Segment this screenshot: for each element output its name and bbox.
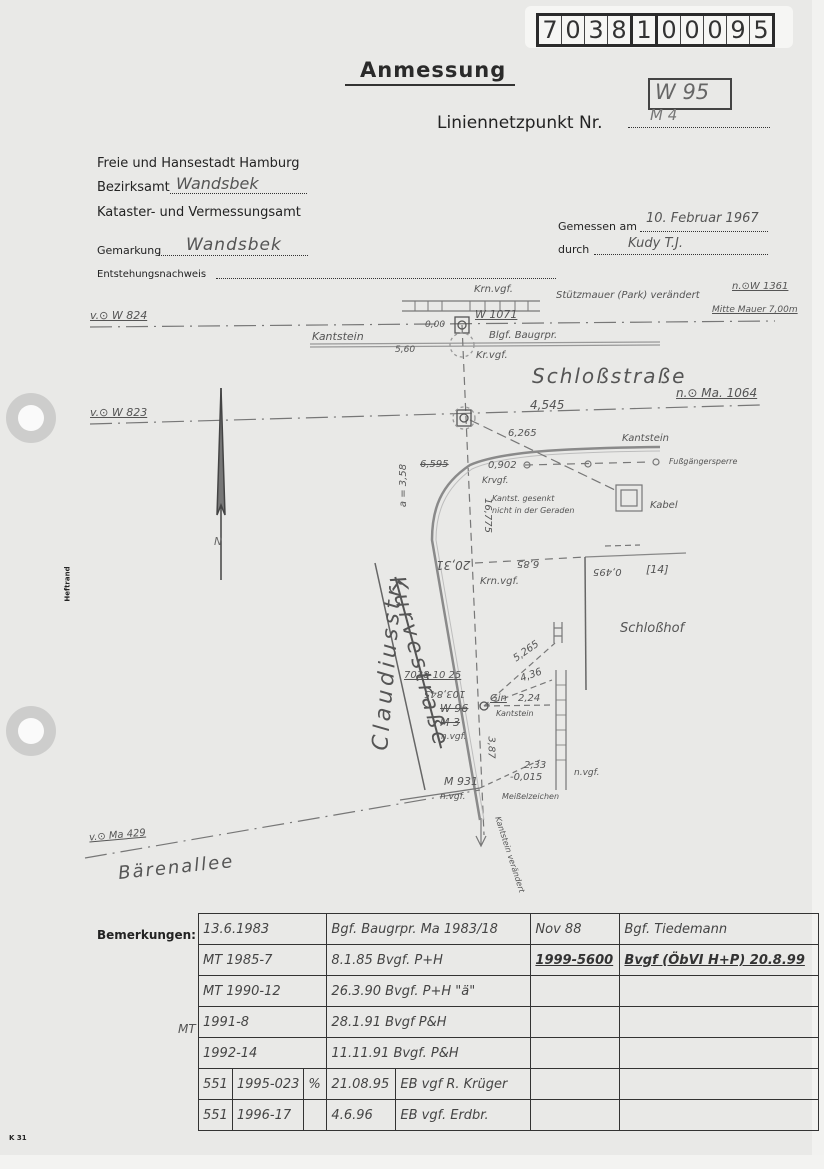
table-row: 1992-14 11.11.91 Bvgf. P&H — [199, 1038, 819, 1069]
cell: Bvgf (ÖbVI H+P) 20.8.99 — [620, 945, 819, 976]
label-w1071: W 1071 — [475, 308, 517, 321]
label-0-015: -0,015 — [510, 772, 542, 783]
cell: 26.3.90 Bvgf. P+H "ä" — [327, 976, 531, 1007]
label-16-775: 16,775 — [482, 498, 493, 533]
label-v-w823: v.⊙ W 823 — [90, 406, 147, 419]
cell: 28.1.91 Bvgf P&H — [327, 1007, 531, 1038]
label-ref-7038: 7038 10 25 — [404, 670, 461, 681]
label-krvgf-3: Krvgf. — [482, 476, 509, 486]
label-v-w824: v.⊙ W 824 — [90, 309, 147, 322]
heftrand-label: Heftrand — [64, 566, 72, 601]
label-a-3-58: a = 3,58 — [398, 464, 409, 507]
label-6-595: 6,595 — [420, 459, 449, 470]
label-kantstein-3: Kantstein — [496, 709, 534, 718]
cell: 551 — [199, 1100, 233, 1131]
label-n-vgf-2: n.vgf. — [574, 768, 599, 778]
label-kr-vgf-2: Kr.vgf. — [476, 350, 508, 361]
label-0-495: 0,495 — [593, 566, 622, 577]
cell: 13.6.1983 — [199, 914, 327, 945]
cell — [620, 1069, 819, 1100]
label-nicht-geraden: nicht in der Geraden — [492, 506, 575, 515]
cell: EB vgf R. Krüger — [396, 1069, 531, 1100]
north-label: N — [214, 535, 222, 548]
label-kantstein-1: Kantstein — [312, 330, 364, 343]
label-w96: W 96 — [440, 702, 468, 715]
label-mitte-mauer: Mitte Mauer 7,00m — [712, 305, 798, 315]
cell: 4.6.96 — [327, 1100, 396, 1131]
cell — [620, 1038, 819, 1069]
cell: 1996-17 — [232, 1100, 304, 1131]
cell — [620, 1007, 819, 1038]
table-row: MT 1985-7 8.1.85 Bvgf. P+H 1999-5600 Bvg… — [199, 945, 819, 976]
table-row: 1991-8 28.1.91 Bvgf P&H — [199, 1007, 819, 1038]
cell — [304, 1100, 327, 1131]
label-blgf: Blgf. Baugrpr. — [489, 330, 557, 341]
cell — [531, 1038, 620, 1069]
label-n-ma1064: n.⊙ Ma. 1064 — [676, 386, 757, 400]
label-6-265: 6,265 — [508, 428, 537, 439]
label-n-w1361: n.⊙W 1361 — [732, 281, 788, 292]
cell: 21.08.95 — [327, 1069, 396, 1100]
cell: Bgf. Baugrpr. Ma 1983/18 — [327, 914, 531, 945]
remarks-table: 13.6.1983 Bgf. Baugrpr. Ma 1983/18 Nov 8… — [198, 913, 819, 1131]
table-row: 551 1995-023 % 21.08.95 EB vgf R. Krüger — [199, 1069, 819, 1100]
label-m931: M 931 — [444, 775, 478, 788]
label-gin: Gin — [490, 693, 507, 704]
cell: 1999-5600 — [531, 945, 620, 976]
label-20-31: 20,31 — [436, 558, 470, 572]
label-3-87: 3,87 — [486, 736, 497, 758]
label-meisselzeichen: Meißelzeichen — [502, 792, 559, 801]
label-n-vgf-1: n.vgf. — [441, 732, 466, 742]
cell — [531, 976, 620, 1007]
label-2-33: 2,33 — [524, 760, 546, 771]
cell: Nov 88 — [531, 914, 620, 945]
label-fussgaengersperre: Fußgängersperre — [669, 457, 737, 466]
label-5-60: 5,60 — [395, 345, 415, 355]
remarks-label: Bemerkungen: — [97, 928, 196, 942]
table-row: 551 1996-17 4.6.96 EB vgf. Erdbr. — [199, 1100, 819, 1131]
table-row: MT 1990-12 26.3.90 Bvgf. P+H "ä" — [199, 976, 819, 1007]
street-schlosshof: Schloßhof — [620, 621, 684, 636]
label-parcel-14: [14] — [646, 563, 669, 576]
label-kantstein-2: Kantstein — [622, 433, 669, 444]
cell — [531, 1007, 620, 1038]
cell: Bgf. Tiedemann — [620, 914, 819, 945]
cell: 1992-14 — [199, 1038, 327, 1069]
cell: 1991-8 — [199, 1007, 327, 1038]
cell — [620, 1100, 819, 1131]
label-6-85: 6,85 — [517, 558, 539, 569]
label-stuetzmauer: Stützmauer (Park) verändert — [556, 290, 700, 301]
cell — [531, 1069, 620, 1100]
form-code: K 31 — [9, 1134, 27, 1142]
label-4-545: 4,545 — [530, 398, 564, 412]
label-2-24: 2,24 — [518, 693, 540, 704]
label-krn-vgf-4: Krn.vgf. — [480, 576, 519, 587]
cell: 11.11.91 Bvgf. P&H — [327, 1038, 531, 1069]
cell: 8.1.85 Bvgf. P+H — [327, 945, 531, 976]
cell — [531, 1100, 620, 1131]
label-m3: M 3 — [440, 716, 460, 729]
cell: 551 — [199, 1069, 233, 1100]
cell — [620, 976, 819, 1007]
cell: MT 1990-12 — [199, 976, 327, 1007]
label-kantst-gesenkt: Kantst. gesenkt — [492, 494, 554, 503]
cell: 1995-023 — [232, 1069, 304, 1100]
label-kabel: Kabel — [650, 500, 678, 511]
street-schlossstrasse: Schloßstraße — [532, 364, 686, 388]
label-0-902: 0,902 — [488, 460, 517, 471]
label-n-vgf-3: n.vgf. — [440, 792, 465, 802]
label-0-00: 0,00 — [425, 320, 445, 330]
row-prefix-mt: MT — [178, 1022, 196, 1036]
cell: EB vgf. Erdbr. — [396, 1100, 531, 1131]
table-row: 13.6.1983 Bgf. Baugrpr. Ma 1983/18 Nov 8… — [199, 914, 819, 945]
label-103-845: 103,845 — [424, 688, 465, 699]
label-kr-vgf: Krn.vgf. — [474, 284, 513, 295]
cell: % — [304, 1069, 327, 1100]
cell: MT 1985-7 — [199, 945, 327, 976]
